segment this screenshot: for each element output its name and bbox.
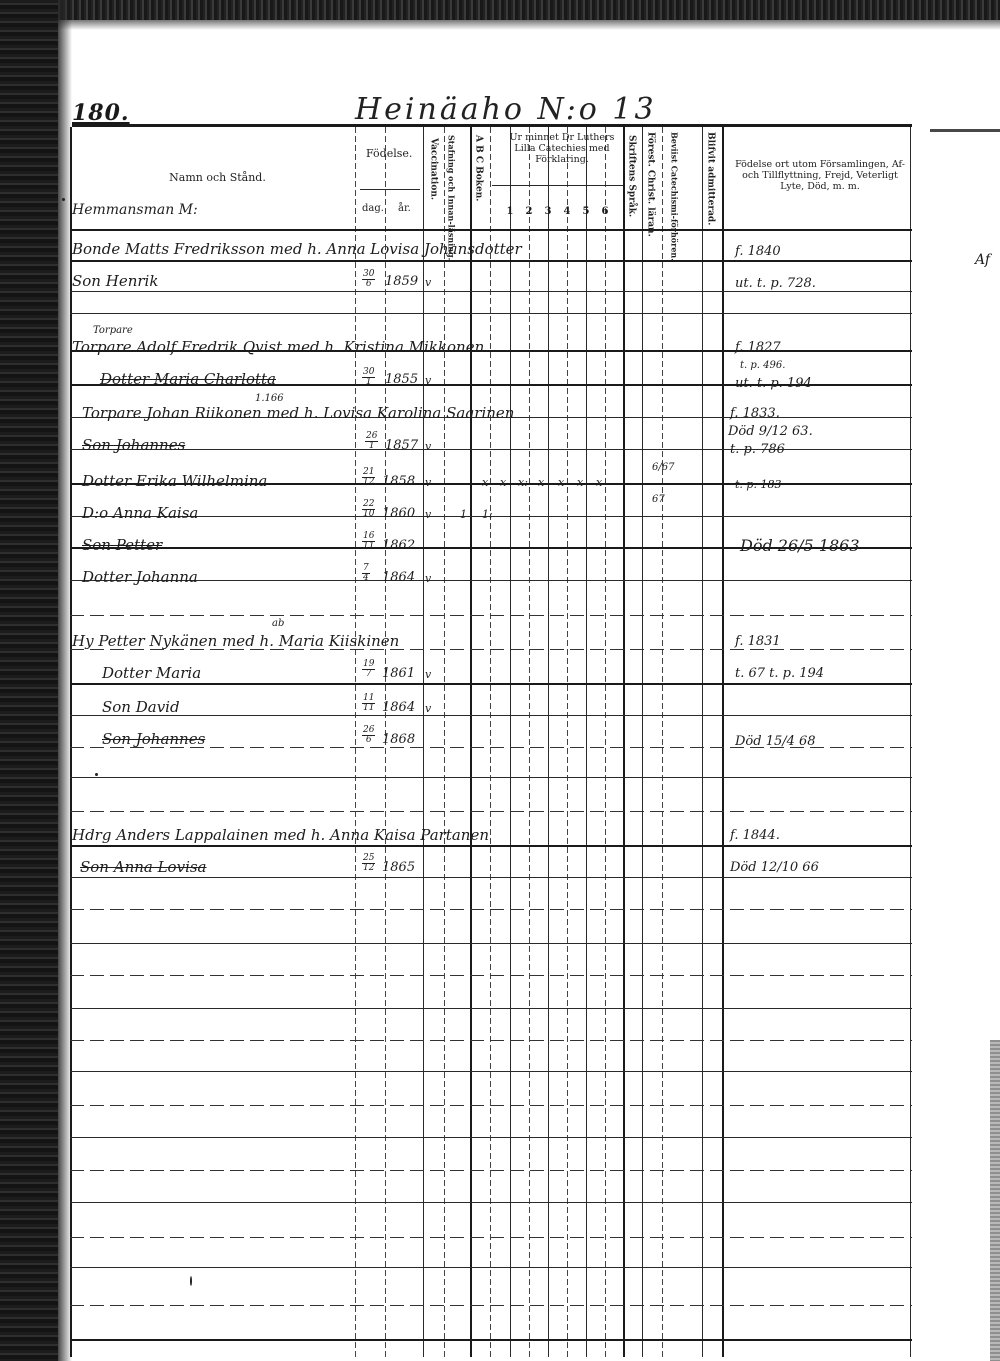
header-dag: dag. bbox=[362, 203, 384, 215]
header-blifvit-admitterad: Blifvit admitterad. bbox=[705, 132, 714, 230]
entry-birth-day: 261 bbox=[365, 432, 378, 451]
entry-mark: x bbox=[577, 476, 583, 489]
entry-remark: f. 1844. bbox=[730, 828, 780, 843]
entry-remark: t. p. 183 bbox=[735, 478, 781, 491]
entry-vaccination: v bbox=[425, 276, 431, 289]
ink-speck bbox=[190, 1276, 192, 1286]
entry-name: Torpare Johan Riikonen med h. Lovisa Kar… bbox=[82, 404, 514, 422]
header-bottom-rule bbox=[70, 229, 912, 231]
right-margin-note: Af bbox=[975, 252, 990, 268]
entry-vaccination: v bbox=[425, 702, 431, 715]
col-divider-admitterad bbox=[702, 127, 703, 1357]
entry-remark: f. 1840 bbox=[735, 244, 781, 259]
entry-name: Dotter Johanna bbox=[82, 568, 198, 586]
ink-speck bbox=[62, 198, 65, 201]
entry-name: Son Henrik bbox=[72, 272, 158, 290]
entry-birth-day: 2112 bbox=[362, 468, 375, 487]
col-divider-cat4 bbox=[567, 127, 568, 1357]
col-divider-name bbox=[355, 127, 356, 1357]
village-title: Heinäaho N:o 13 bbox=[355, 92, 657, 127]
col-divider-year bbox=[423, 127, 424, 1357]
header-cat-5: 5 bbox=[579, 206, 593, 217]
entry-remark: Död 9/12 63. bbox=[728, 424, 813, 439]
entry-birth-day: 2210 bbox=[362, 500, 375, 519]
entry-vaccination: v bbox=[425, 508, 431, 521]
entry-birth-year: 1864 bbox=[382, 700, 415, 715]
entry-vaccination: v bbox=[425, 572, 431, 585]
entry-remark: f. 1833. bbox=[730, 406, 780, 421]
entry-annotation: ab bbox=[272, 618, 284, 629]
scan-margin-top bbox=[0, 0, 1000, 20]
entry-birth-year: 1865 bbox=[382, 860, 415, 875]
col-divider-cat3 bbox=[548, 127, 549, 1357]
entry-annotation: 1.166 bbox=[255, 393, 284, 404]
header-stafning: Stafning och Innan-läsning. bbox=[447, 135, 455, 230]
entry-birth-day: 266 bbox=[362, 726, 375, 745]
entry-remark-2: t. p. 786 bbox=[730, 442, 785, 457]
entry-beviist: 6/67 bbox=[652, 462, 674, 473]
entry-birth-year: 1855 bbox=[385, 372, 418, 387]
entry-name: Son David bbox=[102, 698, 180, 716]
entry-birth-day: 197 bbox=[362, 660, 375, 679]
entry-remark: ut. t. p. 194 bbox=[735, 376, 812, 391]
entry-name: Son Johannes bbox=[102, 730, 205, 748]
entry-remark: f. 1831 bbox=[735, 634, 781, 649]
entry-remark: t. 67 t. p. 194 bbox=[735, 666, 824, 681]
entry-vaccination: v bbox=[425, 374, 431, 387]
col-divider-remarks bbox=[722, 127, 724, 1357]
entry-vaccination: v bbox=[425, 476, 431, 489]
entry-mark: x bbox=[558, 476, 564, 489]
entry-beviist: 67 bbox=[652, 494, 665, 505]
entry-birth-year: 1858 bbox=[382, 474, 415, 489]
entry-birth-day: 301 bbox=[362, 368, 375, 387]
entry-birth-day: 74 bbox=[362, 564, 370, 583]
entry-name: Dotter Maria Charlotta bbox=[100, 370, 276, 388]
entry-birth-year: 1861 bbox=[382, 666, 415, 681]
col-divider-stafning bbox=[470, 127, 472, 1357]
header-cat-2: 2 bbox=[522, 206, 536, 217]
header-fodelse: Födelse. bbox=[366, 148, 412, 161]
entry-mark: x: bbox=[518, 476, 528, 489]
entry-name: Son Anna Lovisa bbox=[80, 858, 207, 876]
header-rule-right bbox=[930, 129, 1000, 132]
scan-margin-left bbox=[0, 0, 58, 1361]
entry-remark: Död 26/5 1863 bbox=[740, 536, 860, 555]
header-abc-boken: A B C Boken. bbox=[473, 135, 482, 230]
entry-note: t. p. 496. bbox=[740, 360, 785, 371]
entry-birth-year: 1857 bbox=[385, 438, 418, 453]
col-divider-beviist bbox=[662, 127, 663, 1357]
header-forst-christ: Förest. Christ. läran. bbox=[645, 132, 654, 230]
col-divider-abc bbox=[490, 127, 491, 1357]
entry-name: Torpare Adolf Fredrik Qvist med h. Krist… bbox=[72, 338, 484, 356]
header-vaccination: Vaccination. bbox=[428, 138, 437, 230]
table-border-right bbox=[910, 127, 911, 1357]
catechism-subrule bbox=[492, 185, 623, 186]
entry-vaccination: v bbox=[425, 668, 431, 681]
entry-remark: Död 15/4 68 bbox=[735, 734, 816, 749]
household-label: Hemmansman M: bbox=[72, 202, 198, 218]
entry-remark: Död 12/10 66 bbox=[730, 860, 819, 875]
page-number: 180. bbox=[72, 100, 130, 126]
col-divider-vacc bbox=[444, 127, 445, 1357]
table-border-left bbox=[70, 127, 72, 1357]
ink-speck bbox=[95, 773, 98, 776]
entry-name: Bonde Matts Fredriksson med h. Anna Lovi… bbox=[72, 240, 522, 258]
fodelse-subrule bbox=[360, 189, 420, 190]
entry-birth-year: 1864 bbox=[382, 570, 415, 585]
entry-birth-year: 1862 bbox=[382, 538, 415, 553]
entry-birth-day: 2512 bbox=[362, 854, 375, 873]
header-skriftens-sprak: Skriftens Språk. bbox=[626, 135, 635, 230]
entry-vaccination: v bbox=[425, 440, 431, 453]
entry-mark: 1: bbox=[482, 508, 493, 521]
col-divider-skriftens bbox=[623, 127, 625, 1357]
scan-margin-right bbox=[990, 1040, 1000, 1361]
entry-birth-day: 1611 bbox=[362, 532, 375, 551]
entry-name: Hdrg Anders Lappalainen med h. Anna Kais… bbox=[72, 826, 489, 844]
header-cat-3: 3 bbox=[541, 206, 555, 217]
header-beviist-catechism: Beviist Catechismi-förhören. bbox=[670, 132, 678, 230]
header-namn-och-stand: Namn och Stånd. bbox=[75, 172, 360, 185]
entry-mark: x bbox=[482, 476, 488, 489]
header-remarks: Födelse ort utom Församlingen, Af- och T… bbox=[730, 160, 910, 193]
entry-birth-year: 1868 bbox=[382, 732, 415, 747]
header-catechism: Ur minnet Dr Luthers Lilla Catechies med… bbox=[498, 133, 626, 166]
entry-remark: f. 1827 bbox=[735, 340, 781, 355]
col-divider-cat6 bbox=[605, 127, 606, 1357]
entry-remark: ut. t. p. 728. bbox=[735, 276, 816, 291]
col-divider-cat5 bbox=[586, 127, 587, 1357]
entry-name: Dotter Maria bbox=[102, 664, 201, 682]
header-cat-4: 4 bbox=[560, 206, 574, 217]
entry-annotation: Torpare bbox=[93, 325, 133, 336]
header-cat-1: 1 bbox=[503, 206, 517, 217]
col-divider-forst bbox=[642, 127, 643, 1357]
header-cat-6: 6 bbox=[598, 206, 612, 217]
entry-name: Son Johannes bbox=[82, 436, 185, 454]
header-ar: år. bbox=[398, 203, 411, 215]
entry-birth-year: 1859 bbox=[385, 274, 418, 289]
entry-mark: x bbox=[596, 476, 602, 489]
entry-name: Son Petter bbox=[82, 536, 162, 554]
entry-name: Hy Petter Nykänen med h. Maria Kiiskinen bbox=[72, 632, 399, 650]
entry-name: D:o Anna Kaisa bbox=[82, 504, 198, 522]
entry-mark: 1 bbox=[460, 508, 467, 521]
col-divider-cat2 bbox=[529, 127, 530, 1357]
entry-mark: x bbox=[538, 476, 544, 489]
entry-birth-day: 1111 bbox=[362, 694, 375, 713]
entry-name: Dotter Erika Wilhelmina bbox=[82, 472, 267, 490]
entry-birth-year: 1860 bbox=[382, 506, 415, 521]
entry-mark: x bbox=[500, 476, 506, 489]
col-divider-cat1 bbox=[510, 127, 511, 1357]
entry-birth-day: 306 bbox=[362, 270, 375, 289]
